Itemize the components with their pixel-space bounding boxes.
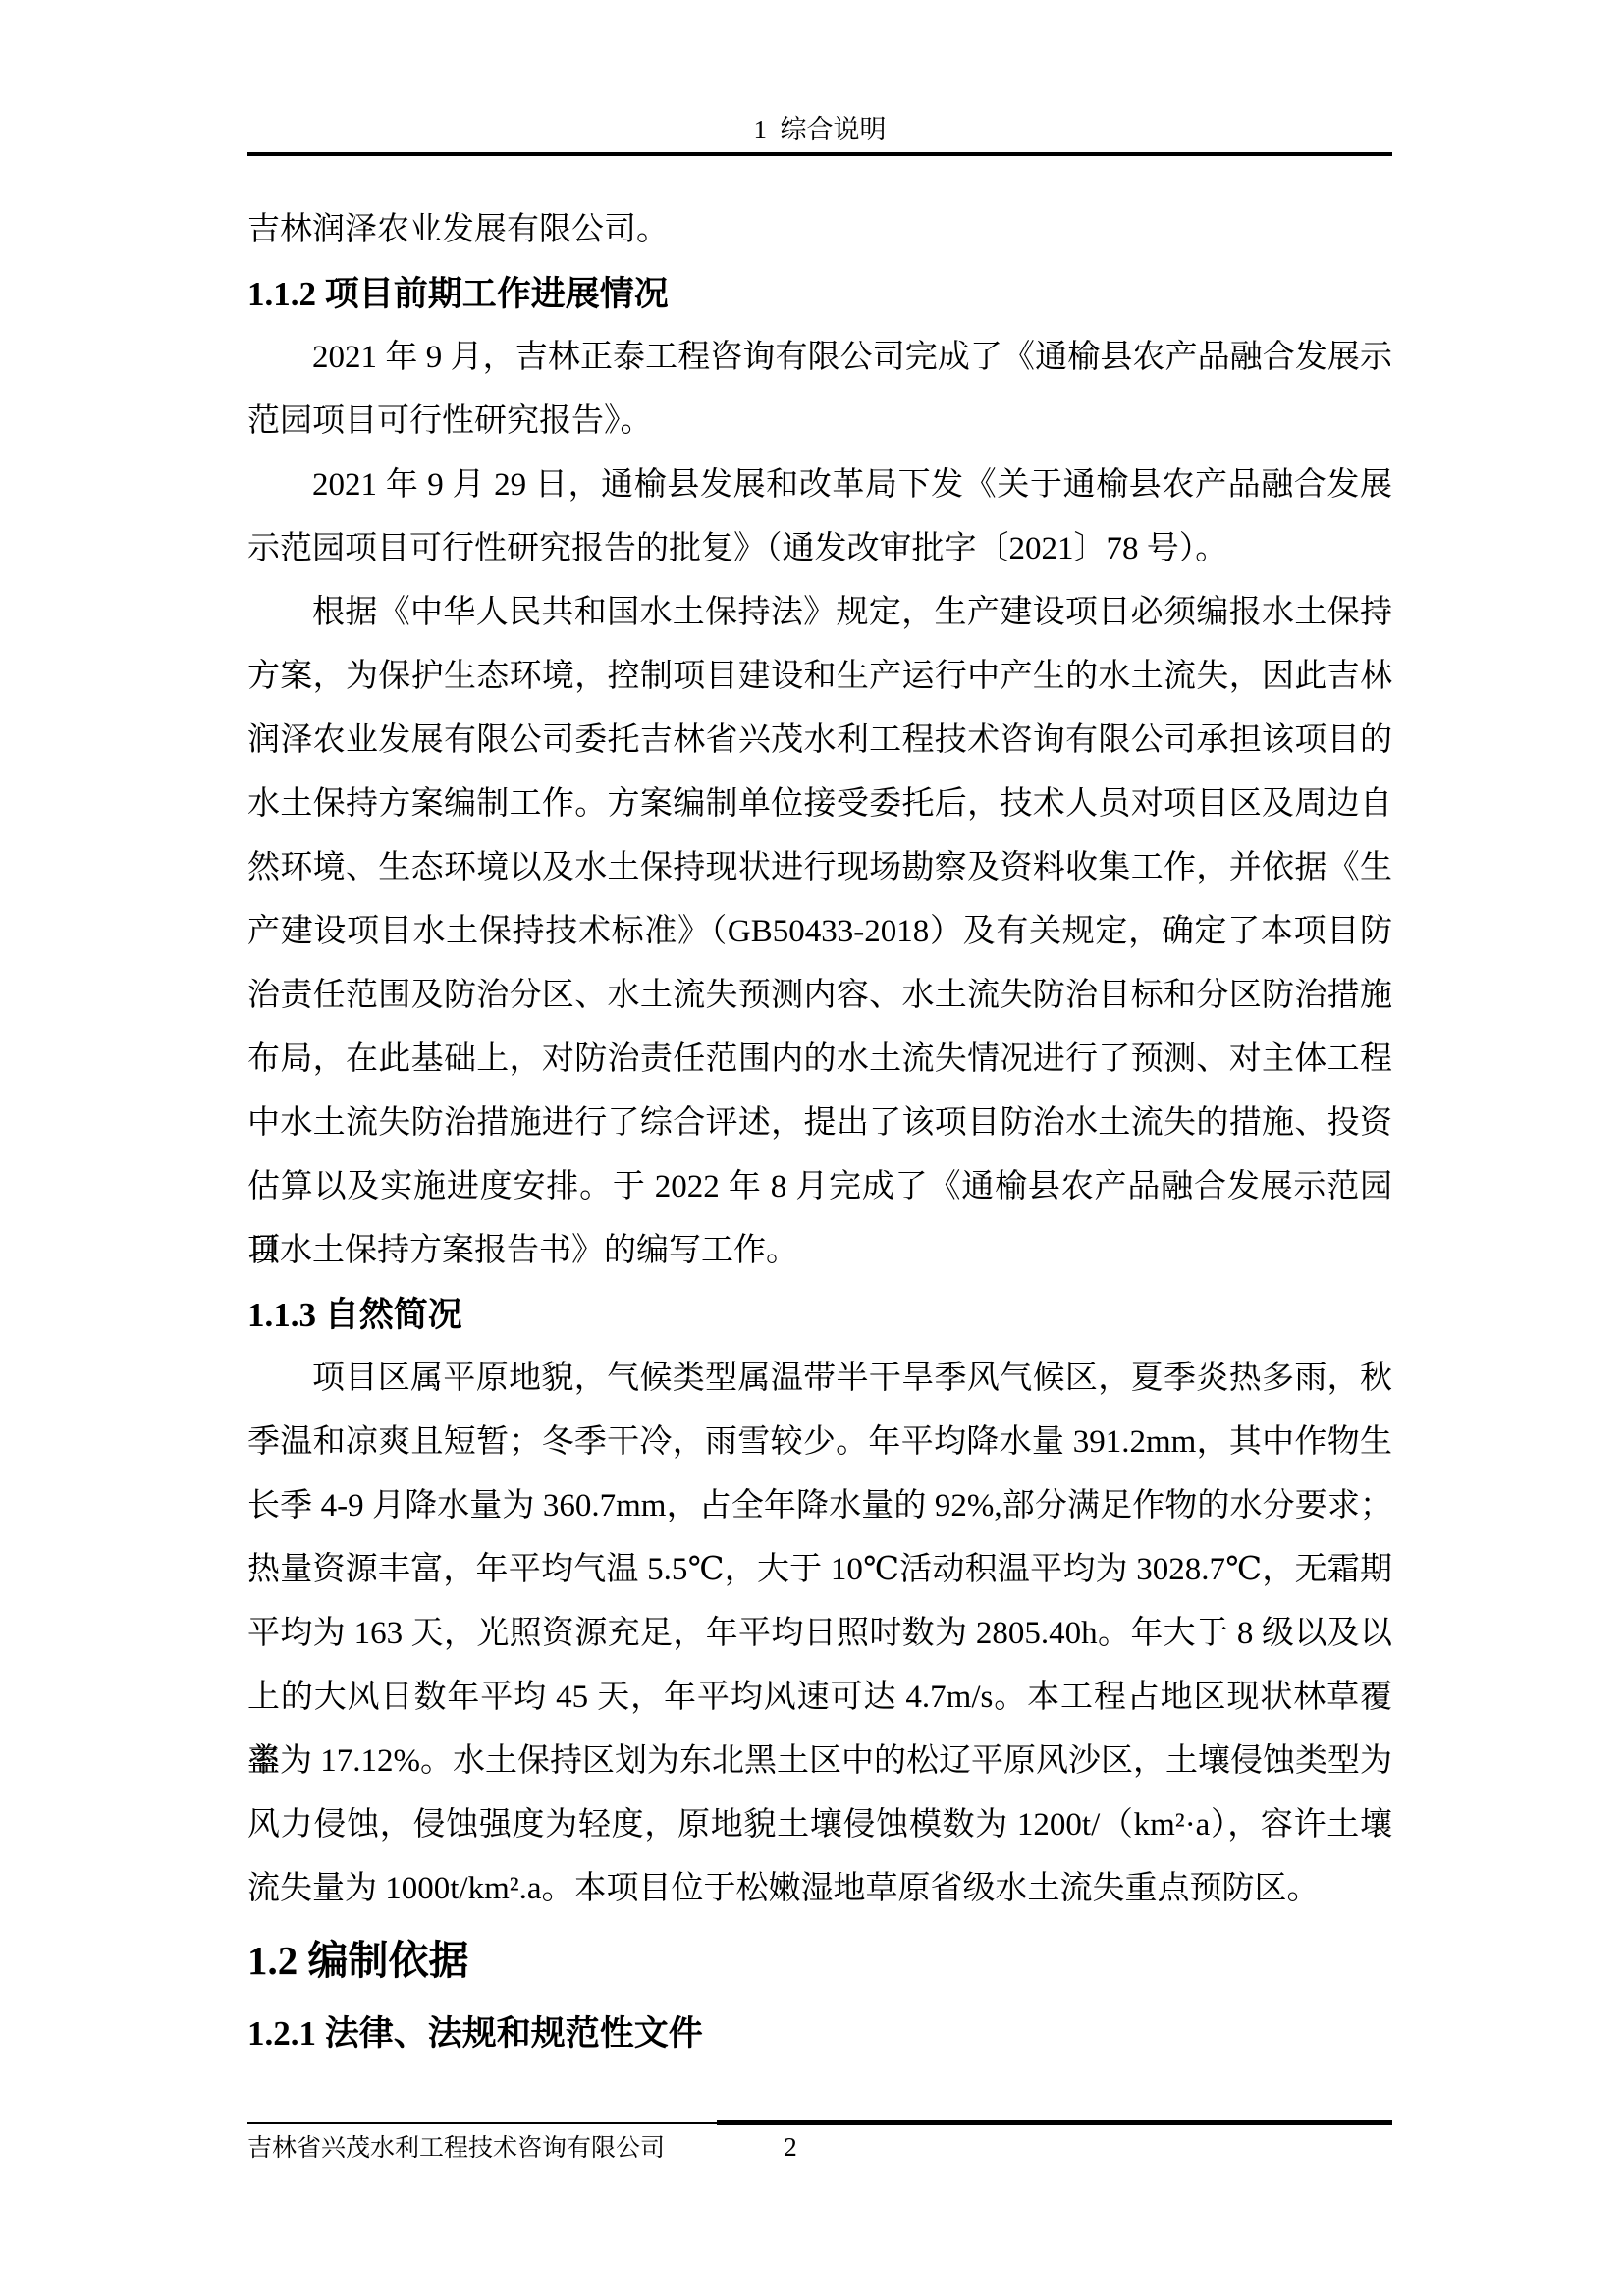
paragraph-line: 水土保持方案编制工作。方案编制单位接受委托后，技术人员对项目区及周边自 (247, 773, 1392, 836)
document-page: 1 综合说明 吉林润泽农业发展有限公司。 1.1.2 项目前期工作进展情况 20… (0, 0, 1624, 2296)
paragraph-line: 平均为 163 天，光照资源充足，年平均日照时数为 2805.40h。年大于 8… (247, 1602, 1392, 1666)
paragraph-line: 风力侵蚀，侵蚀强度为轻度，原地貌土壤侵蚀模数为 1200t/（km²·a），容许… (247, 1793, 1392, 1857)
section-heading-121: 1.2.1 法律、法规和规范性文件 (247, 2000, 1392, 2068)
footer-company-name: 吉林省兴茂水利工程技术咨询有限公司 (247, 2134, 665, 2163)
footer-rule (247, 2120, 1392, 2126)
paragraph-line: 治责任范围及防治分区、水土流失预测内容、水土流失防治目标和分区防治措施 (247, 964, 1392, 1028)
footer-rule-thin-segment (247, 2122, 717, 2124)
page-footer: 吉林省兴茂水利工程技术咨询有限公司 2 (247, 2132, 1392, 2165)
paragraph-line: 中水土流失防治措施进行了综合评述，提出了该项目防治水土流失的措施、投资 (247, 1092, 1392, 1155)
paragraph-line: 然环境、生态环境以及水土保持现状进行现场勘察及资料收集工作，并依据《生 (247, 836, 1392, 900)
paragraph-line: 润泽农业发展有限公司委托吉林省兴茂水利工程技术咨询有限公司承担该项目的 (247, 709, 1392, 773)
paragraph-line: 2021 年 9 月，吉林正泰工程咨询有限公司完成了《通榆县农产品融合发展示 (247, 326, 1392, 390)
paragraph-line: 项目区属平原地貌，气候类型属温带半干旱季风气候区，夏季炎热多雨，秋 (247, 1347, 1392, 1411)
paragraph-line: 根据《中华人民共和国水土保持法》规定，生产建设项目必须编报水土保持 (247, 581, 1392, 645)
section-heading-112: 1.1.2 项目前期工作进展情况 (247, 262, 1392, 326)
paragraph-line: 流失量为 1000t/km².a。本项目位于松嫩湿地草原省级水土流失重点预防区。 (247, 1857, 1392, 1921)
paragraph-line: 产建设项目水土保持技术标准》（GB50433-2018）及有关规定，确定了本项目… (247, 900, 1392, 964)
paragraph-line: 范园项目可行性研究报告》。 (247, 390, 1392, 454)
document-body: 吉林润泽农业发展有限公司。 1.1.2 项目前期工作进展情况 2021 年 9 … (247, 198, 1392, 2068)
paragraph-line: 方案，为保护生态环境，控制项目建设和生产运行中产生的水土流失，因此吉林 (247, 645, 1392, 709)
paragraph-line: 目水土保持方案报告书》的编写工作。 (247, 1219, 1392, 1283)
paragraph-line: 布局，在此基础上，对防治责任范围内的水土流失情况进行了预测、对主体工程 (247, 1028, 1392, 1092)
paragraph-line: 上的大风日数年平均 45 天，年平均风速可达 4.7m/s。本工程占地区现状林草… (247, 1666, 1392, 1730)
header-rule (247, 152, 1392, 156)
paragraph-line: 估算以及实施进度安排。于 2022 年 8 月完成了《通榆县农产品融合发展示范园… (247, 1155, 1392, 1219)
section-heading-12: 1.2 编制依据 (247, 1921, 1392, 2000)
paragraph-line: 示范园项目可行性研究报告的批复》（通发改审批字〔2021〕78 号）。 (247, 517, 1392, 581)
footer-rule-thick-segment (717, 2120, 1392, 2125)
paragraph-line: 季温和凉爽且短暂；冬季干冷，雨雪较少。年平均降水量 391.2mm，其中作物生 (247, 1411, 1392, 1474)
page-header-chapter-title: 1 综合说明 (247, 110, 1392, 149)
paragraph-line: 率为 17.12%。水土保持区划为东北黑土区中的松辽平原风沙区，土壤侵蚀类型为 (247, 1730, 1392, 1793)
section-heading-113: 1.1.3 自然简况 (247, 1283, 1392, 1347)
page-number: 2 (766, 2132, 815, 2162)
paragraph-line: 热量资源丰富，年平均气温 5.5℃，大于 10℃活动积温平均为 3028.7℃，… (247, 1538, 1392, 1602)
paragraph-line: 2021 年 9 月 29 日，通榆县发展和改革局下发《关于通榆县农产品融合发展 (247, 454, 1392, 517)
paragraph-line: 吉林润泽农业发展有限公司。 (247, 198, 1392, 262)
paragraph-line: 长季 4-9 月降水量为 360.7mm，占全年降水量的 92%,部分满足作物的… (247, 1474, 1392, 1538)
